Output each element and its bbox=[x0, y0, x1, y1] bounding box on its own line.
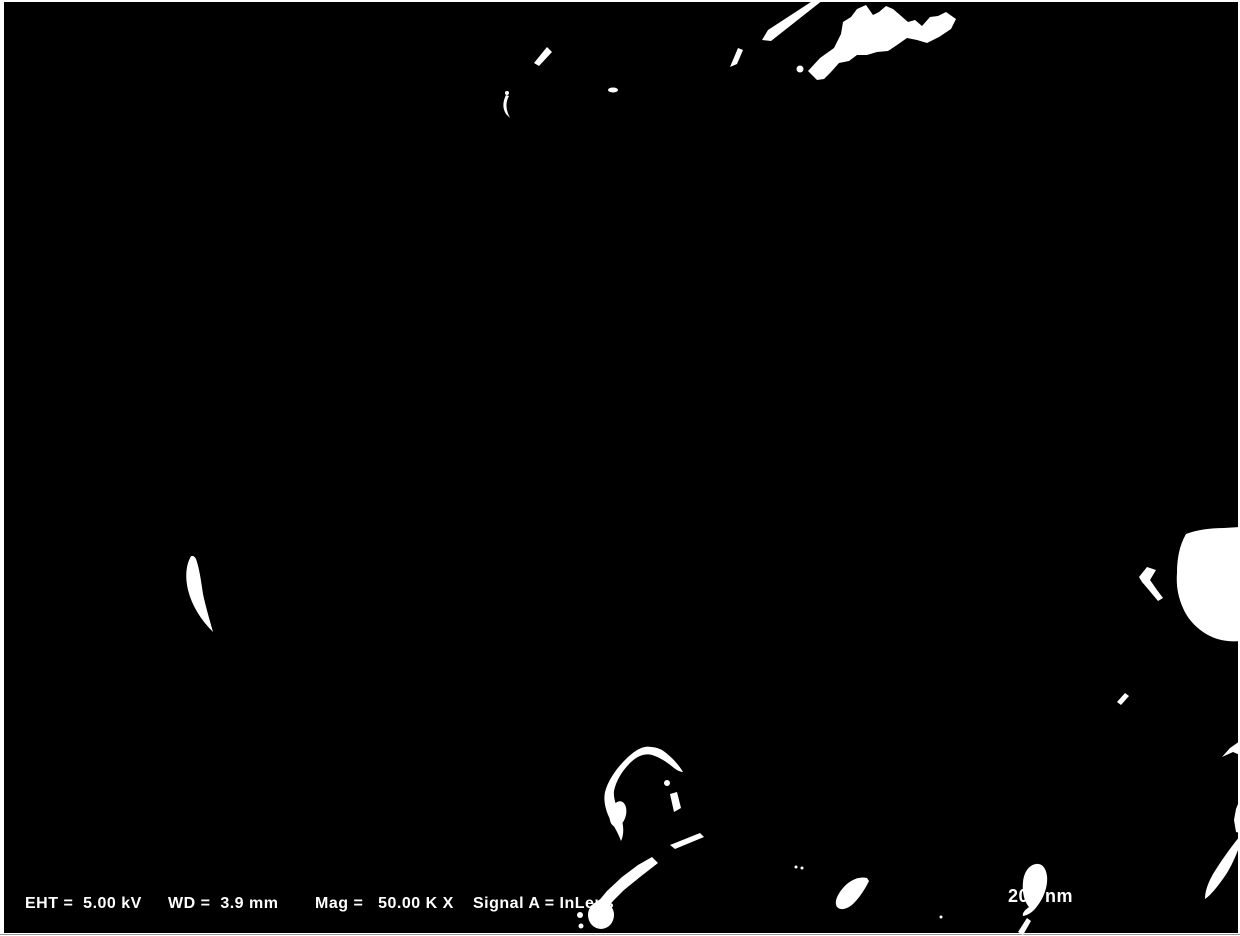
working-distance-readout: WD = 3.9 mm bbox=[168, 895, 278, 913]
signal-readout: Signal A = InLens bbox=[473, 895, 614, 913]
micrograph-field bbox=[4, 2, 1238, 933]
sem-micrograph-figure: EHT = 5.00 kV WD = 3.9 mm Mag = 50.00 K … bbox=[0, 0, 1240, 936]
bottom-rule bbox=[0, 934, 1240, 935]
magnification-readout: Mag = 50.00 K X bbox=[315, 895, 454, 913]
eht-readout: EHT = 5.00 kV bbox=[25, 895, 142, 913]
scale-bar-label: 200 nm bbox=[1008, 886, 1073, 907]
